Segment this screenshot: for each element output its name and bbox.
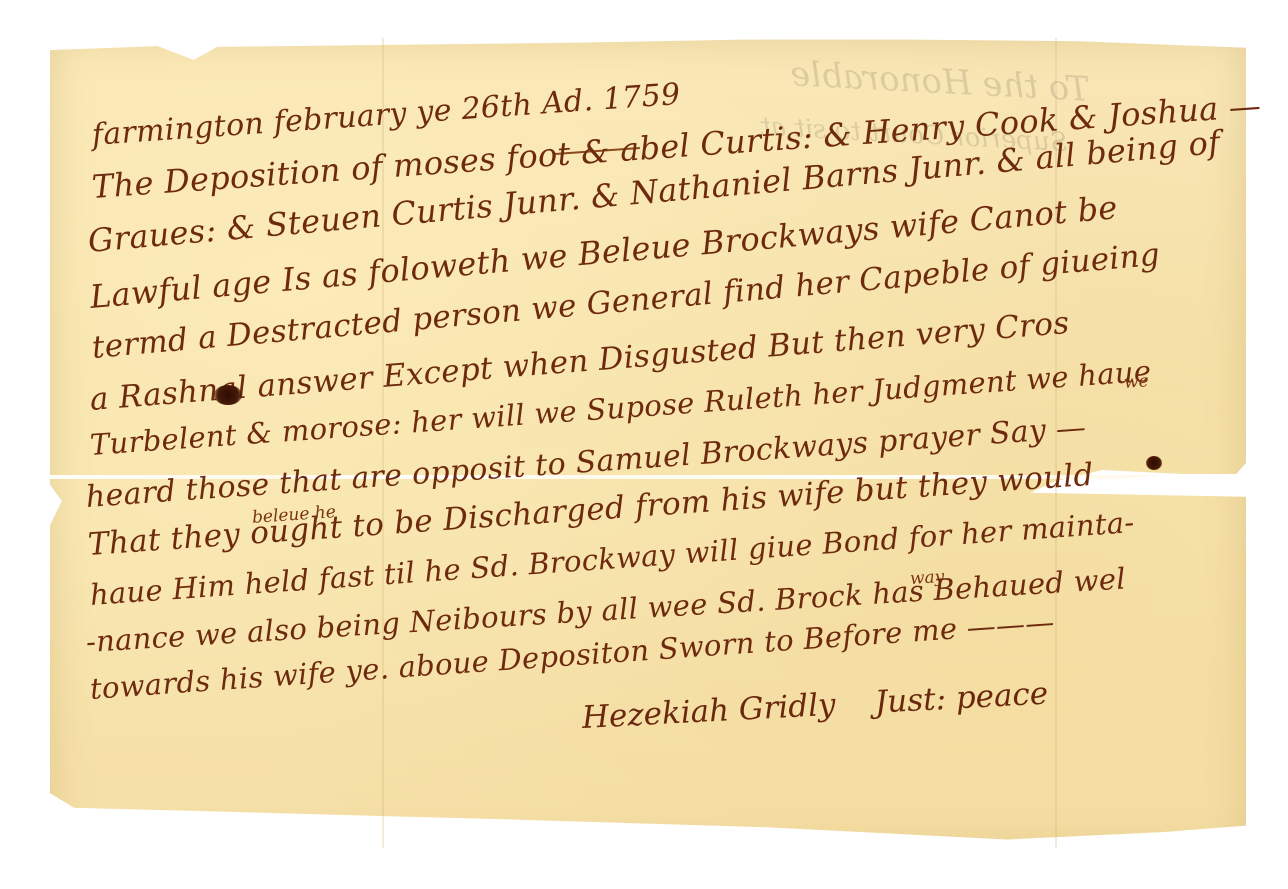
ink-blot (214, 385, 242, 405)
interlinear-we: we (1123, 371, 1149, 393)
ink-blot (1146, 456, 1162, 470)
